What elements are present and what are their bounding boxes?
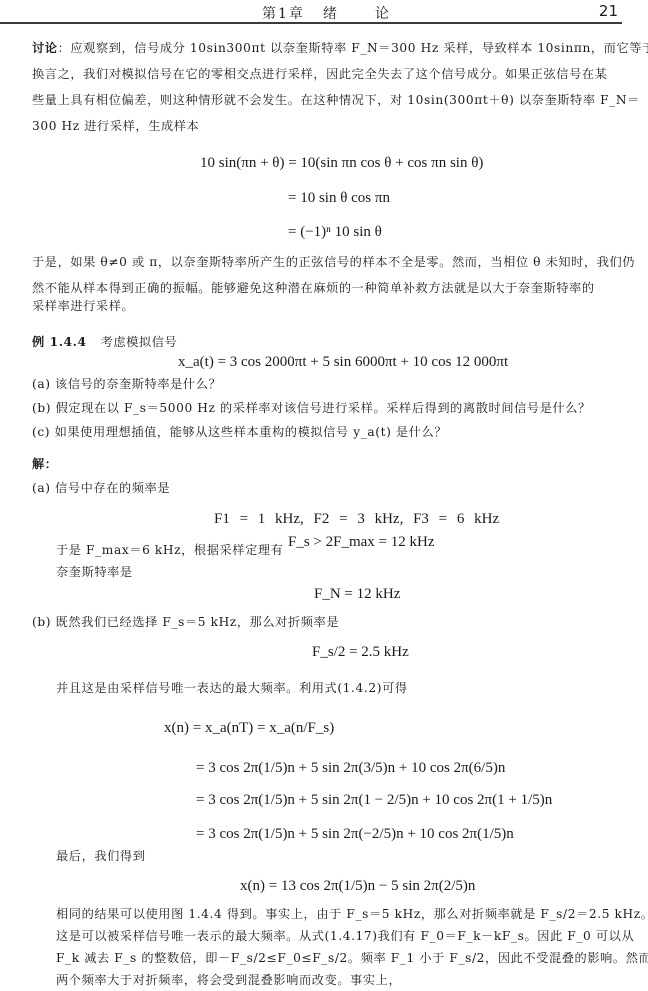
running-header: 第1章绪论 21 [0, 0, 648, 24]
chapter-title: 第1章绪论 [262, 3, 391, 23]
solution-b-text-2: 最后，我们得到 [56, 848, 146, 865]
discussion-after-3: 采样率进行采样。 [32, 298, 134, 315]
question-c: (c) 如果使用理想插值，能够从这些样本重构的模拟信号 y_a(t) 是什么？ [32, 424, 447, 441]
equation-sample-expansion: 10 sin(πn + θ) = 10(sin πn cos θ + cos π… [200, 153, 483, 173]
closing-line-3: F_k 减去 F_s 的整数倍，即－F_s/2≤F_0≤F_s/2。频率 F_1… [56, 950, 648, 967]
equation-sample-simplified: = 10 sin θ cos πn [288, 188, 390, 208]
closing-line-1: 相同的结果可以使用图 1.4.4 得到。事实上，由于 F_s＝5 kHz，那么对… [56, 906, 648, 923]
discussion-after-2: 然不能从样本得到正确的振幅。能够避免这种潜在麻烦的一种简单补救方法就是以大于奈奎… [32, 280, 595, 297]
solution-label: 解： [32, 456, 58, 473]
discussion-label: 讨论 [32, 41, 58, 55]
derivation-line-1: x(n) = x_a(nT) = x_a(n/F_s) [164, 718, 334, 738]
folding-frequency-equation: F_s/2 = 2.5 kHz [312, 642, 409, 662]
solution-b-text-1: 并且这是由采样信号唯一表达的最大频率。利用式(1.4.2)可得 [56, 680, 408, 697]
example-label: 例 1.4.4 [32, 335, 87, 349]
derivation-line-2: = 3 cos 2π(1/5)n + 5 sin 2π(3/5)n + 10 c… [196, 758, 505, 778]
solution-a-text-2: 奈奎斯特率是 [56, 564, 133, 581]
question-b: (b) 假定现在以 F_s＝5000 Hz 的采样率对该信号进行采样。采样后得到… [32, 400, 591, 417]
textbook-page: 第1章绪论 21 讨论：应观察到，信号成分 10sin300πt 以奈奎斯特率 … [0, 0, 648, 991]
derivation-line-3: = 3 cos 2π(1/5)n + 5 sin 2π(1 − 2/5)n + … [196, 790, 552, 810]
nyquist-rate-equation: F_N = 12 kHz [314, 584, 400, 604]
example-signal-equation: x_a(t) = 3 cos 2000πt + 5 sin 6000πt + 1… [178, 352, 508, 372]
derivation-line-4: = 3 cos 2π(1/5)n + 5 sin 2π(−2/5)n + 10 … [196, 824, 514, 844]
equation-sample-result: = (−1)ⁿ 10 sin θ [288, 222, 382, 242]
page-number: 21 [599, 2, 618, 20]
question-a: (a) 该信号的奈奎斯特率是什么？ [32, 376, 221, 393]
solution-a-text-1: 于是 F_max＝6 kHz，根据采样定理有 [56, 542, 283, 559]
frequencies-equation: F1 = 1 kHz, F2 = 3 kHz, F3 = 6 kHz [214, 509, 499, 529]
header-rule [0, 22, 622, 24]
discussion-after-1: 于是，如果 θ≠0 或 π，以奈奎斯特率所产生的正弦信号的样本不全是零。然而，当… [32, 254, 635, 271]
discussion-line-3: 些量上具有相位偏差，则这种情形就不会发生。在这种情况下，对 10sin(300π… [32, 92, 640, 109]
example-heading: 例 1.4.4考虑模拟信号 [32, 334, 177, 351]
discussion-line-2: 换言之，我们对模拟信号在它的零相交点进行采样，因此完全失去了这个信号成分。如果正… [32, 66, 607, 83]
closing-line-2: 这是可以被采样信号唯一表示的最大频率。从式(1.4.17)我们有 F_0＝F_k… [56, 928, 634, 945]
sampling-theorem-equation: F_s > 2F_max = 12 kHz [288, 532, 435, 552]
solution-a-intro: (a) 信号中存在的频率是 [32, 480, 170, 497]
solution-b-intro: (b) 既然我们已经选择 F_s＝5 kHz，那么对折频率是 [32, 614, 339, 631]
discussion-line-4: 300 Hz 进行采样，生成样本 [32, 118, 199, 135]
discussion-line-1: 讨论：应观察到，信号成分 10sin300πt 以奈奎斯特率 F_N＝300 H… [32, 40, 648, 57]
final-result-equation: x(n) = 13 cos 2π(1/5)n − 5 sin 2π(2/5)n [240, 876, 475, 896]
closing-line-4: 两个频率大于对折频率，将会受到混叠影响而改变。事实上， [56, 972, 401, 989]
